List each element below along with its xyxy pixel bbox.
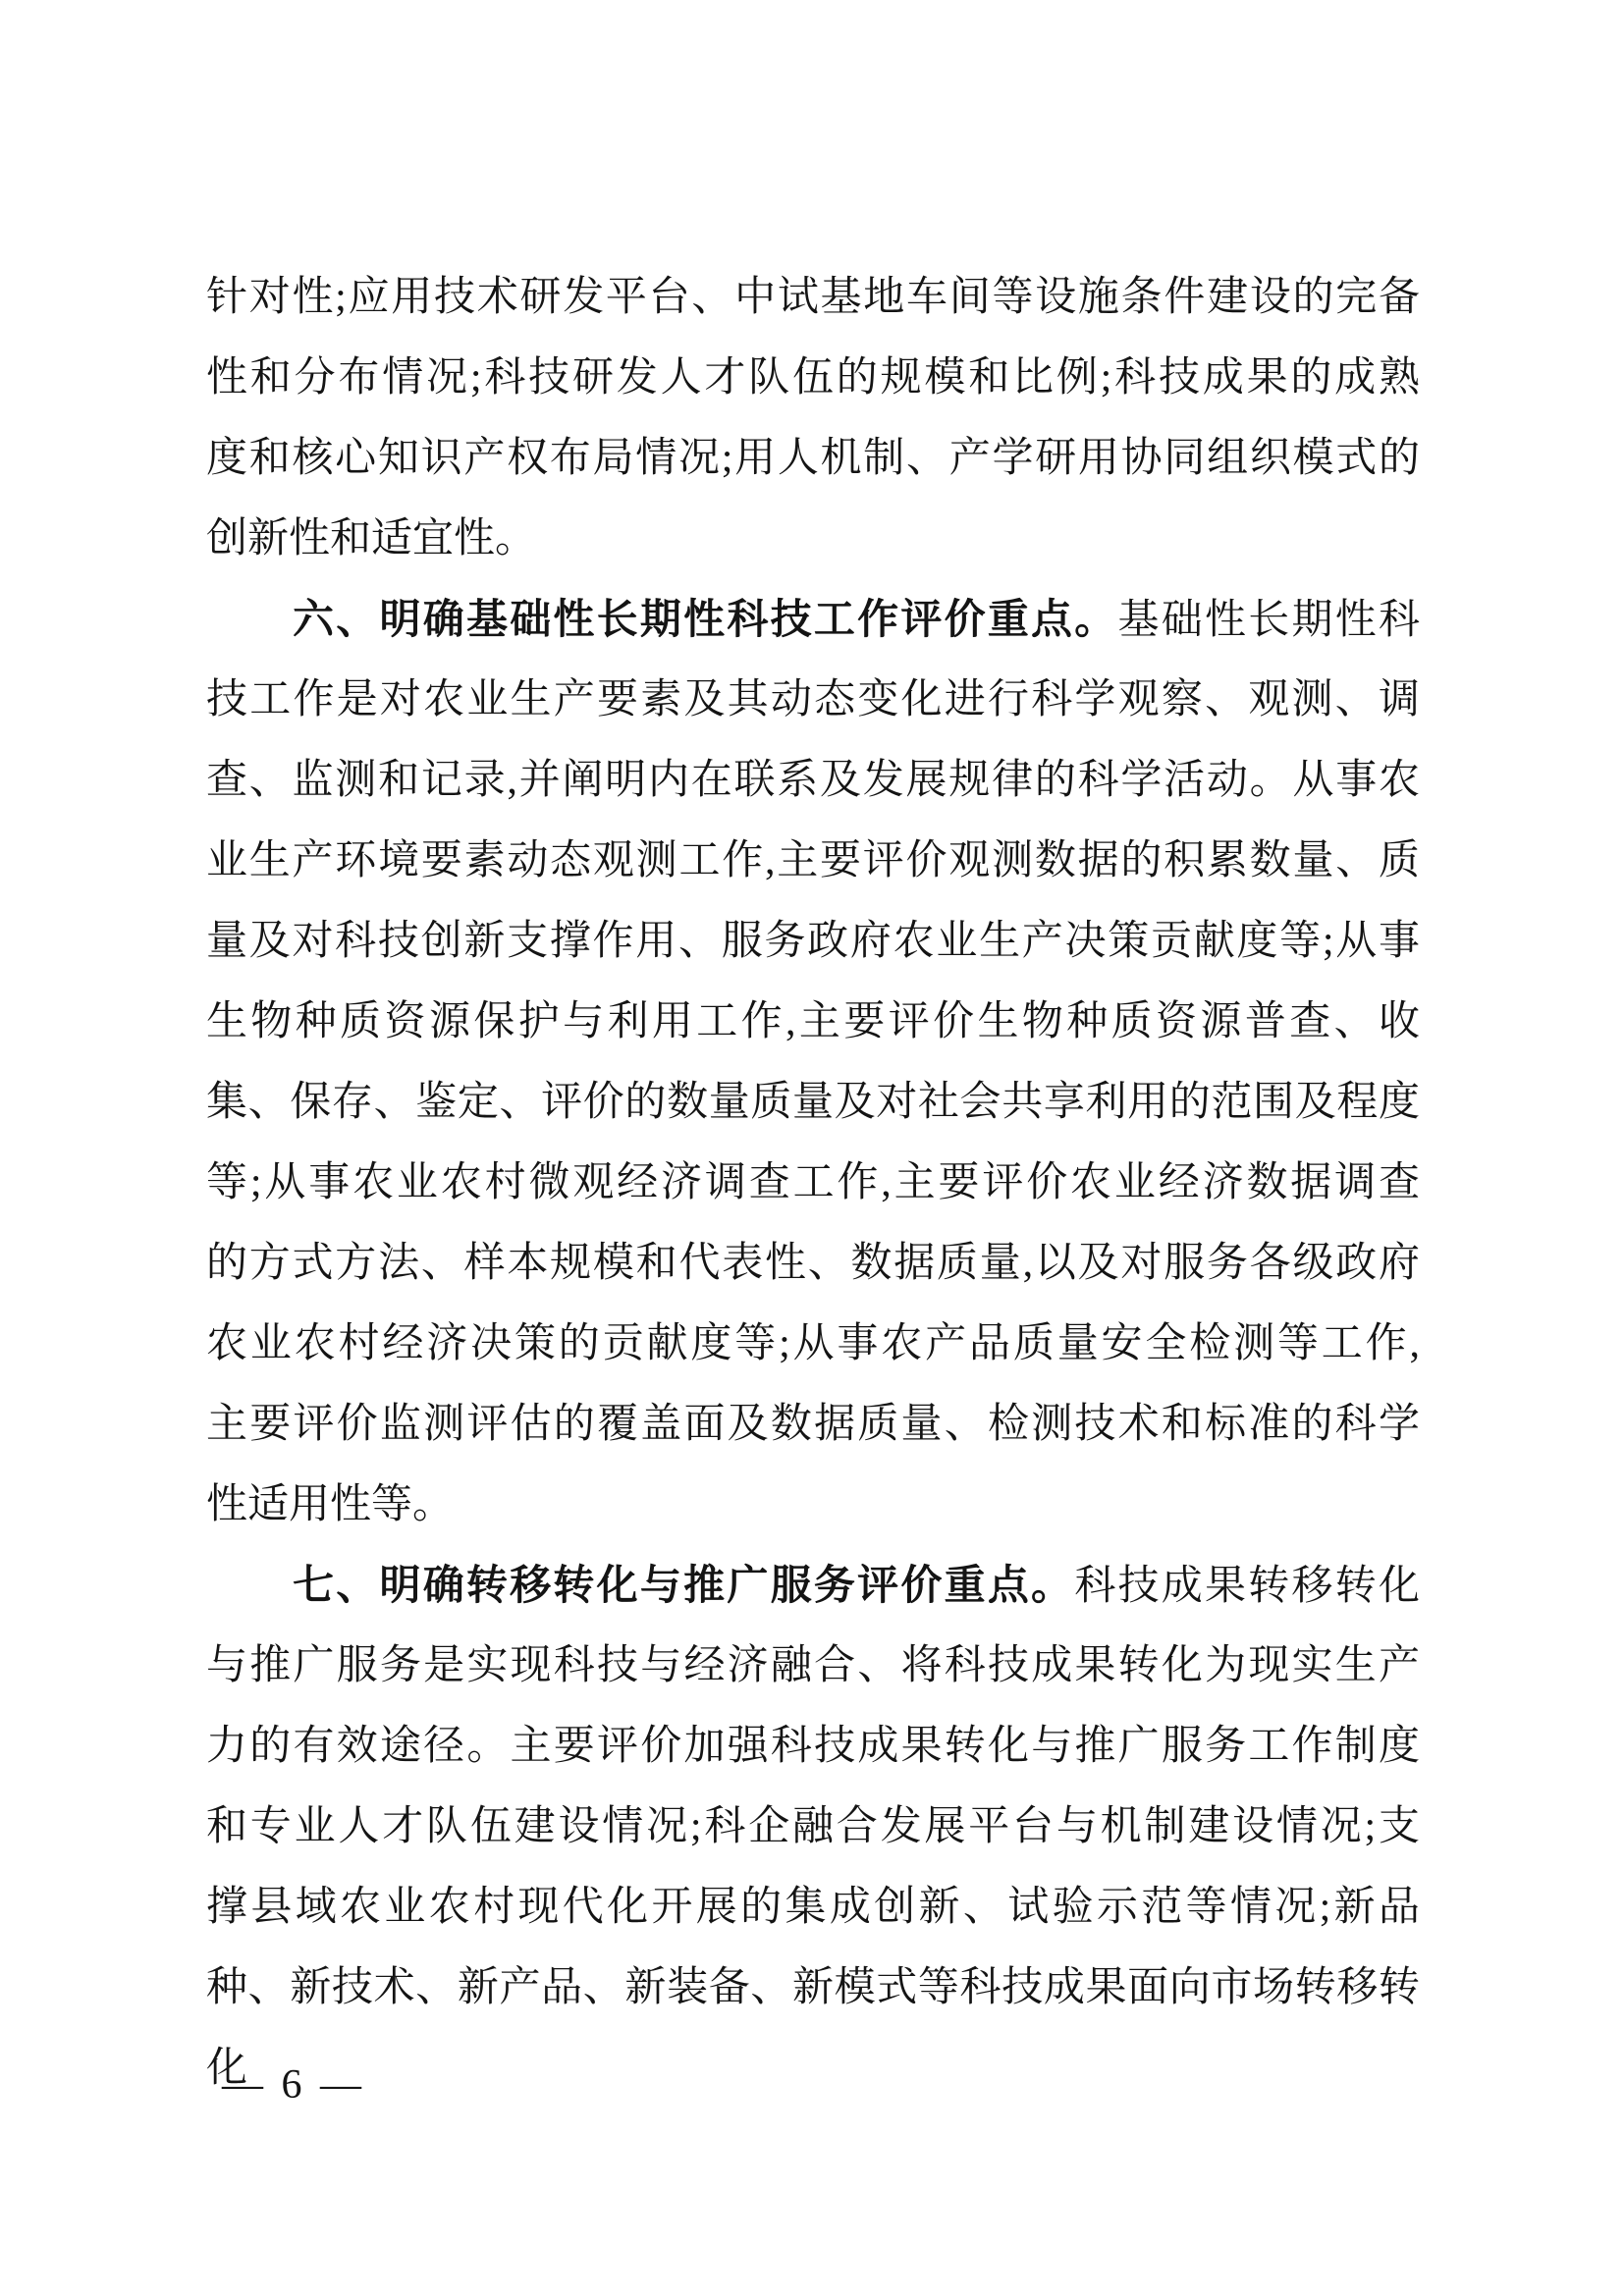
body-text-segment: 针对性;应用技术研发平台、中试基地车间等设施条件建设的完备 xyxy=(206,275,1420,320)
text-line: 创新性和适宜性。 xyxy=(206,499,1420,579)
body-text-segment: 查、监测和记录,并阐明内在联系及发展规律的科学活动。从事农 xyxy=(206,758,1420,803)
text-line: 等;从事农业农村微观经济调查工作,主要评价农业经济数据调查 xyxy=(206,1143,1420,1223)
body-text-segment: 和专业人才队伍建设情况;科企融合发展平台与机制建设情况;支 xyxy=(206,1804,1420,1849)
body-text-segment: 等;从事农业农村微观经济调查工作,主要评价农业经济数据调查 xyxy=(206,1160,1420,1205)
text-line: 业生产环境要素动态观测工作,主要评价观测数据的积累数量、质 xyxy=(206,821,1420,901)
document-body: 针对性;应用技术研发平台、中试基地车间等设施条件建设的完备性和分布情况;科技研发… xyxy=(206,257,1420,2028)
text-line: 六、明确基础性长期性科技工作评价重点。基础性长期性科 xyxy=(206,579,1420,660)
text-line: 量及对科技创新支撑作用、服务政府农业生产决策贡献度等;从事 xyxy=(206,901,1420,982)
body-text-segment: 种、新技术、新产品、新装备、新模式等科技成果面向市场转移转化 xyxy=(206,1965,1420,2091)
text-line: 七、明确转移转化与推广服务评价重点。科技成果转移转化 xyxy=(206,1545,1420,1626)
document-page: 针对性;应用技术研发平台、中试基地车间等设施条件建设的完备性和分布情况;科技研发… xyxy=(0,0,1624,2296)
body-text-segment: 撑县域农业农村现代化开展的集成创新、试验示范等情况;新品 xyxy=(206,1885,1420,1930)
body-text-segment: 科技成果转移转化 xyxy=(1074,1564,1420,1609)
section-heading: 六、明确基础性长期性科技工作评价重点。 xyxy=(293,596,1118,642)
text-line: 性和分布情况;科技研发人才队伍的规模和比例;科技成果的成熟 xyxy=(206,338,1420,418)
text-line: 种、新技术、新产品、新装备、新模式等科技成果面向市场转移转化 xyxy=(206,1948,1420,2028)
body-text-segment: 技工作是对农业生产要素及其动态变化进行科学观察、观测、调 xyxy=(206,677,1420,722)
text-line: 和专业人才队伍建设情况;科企融合发展平台与机制建设情况;支 xyxy=(206,1787,1420,1867)
text-line: 力的有效途径。主要评价加强科技成果转化与推广服务工作制度 xyxy=(206,1706,1420,1787)
body-text-segment: 力的有效途径。主要评价加强科技成果转化与推广服务工作制度 xyxy=(206,1724,1420,1769)
body-text-segment: 生物种质资源保护与利用工作,主要评价生物种质资源普查、收 xyxy=(206,999,1420,1044)
text-line: 针对性;应用技术研发平台、中试基地车间等设施条件建设的完备 xyxy=(206,257,1420,338)
section-heading: 七、明确转移转化与推广服务评价重点。 xyxy=(293,1562,1074,1608)
body-text-segment: 性和分布情况;科技研发人才队伍的规模和比例;科技成果的成熟 xyxy=(206,355,1420,400)
body-text-segment: 业生产环境要素动态观测工作,主要评价观测数据的积累数量、质 xyxy=(206,838,1420,883)
text-line: 与推广服务是实现科技与经济融合、将科技成果转化为现实生产 xyxy=(206,1626,1420,1706)
body-text-segment: 农业农村经济决策的贡献度等;从事农产品质量安全检测等工作, xyxy=(206,1321,1420,1366)
body-text-segment: 量及对科技创新支撑作用、服务政府农业生产决策贡献度等;从事 xyxy=(206,919,1420,964)
body-text-segment: 的方式方法、样本规模和代表性、数据质量,以及对服务各级政府 xyxy=(206,1241,1420,1286)
text-line: 技工作是对农业生产要素及其动态变化进行科学观察、观测、调 xyxy=(206,660,1420,740)
text-line: 度和核心知识产权布局情况;用人机制、产学研用协同组织模式的 xyxy=(206,418,1420,499)
body-text-segment: 性适用性等。 xyxy=(206,1482,454,1527)
body-text-segment: 基础性长期性科 xyxy=(1118,598,1420,643)
text-line: 查、监测和记录,并阐明内在联系及发展规律的科学活动。从事农 xyxy=(206,740,1420,821)
text-line: 生物种质资源保护与利用工作,主要评价生物种质资源普查、收 xyxy=(206,982,1420,1062)
body-text-segment: 与推广服务是实现科技与经济融合、将科技成果转化为现实生产 xyxy=(206,1643,1420,1688)
text-line: 主要评价监测评估的覆盖面及数据质量、检测技术和标准的科学 xyxy=(206,1384,1420,1465)
text-line: 性适用性等。 xyxy=(206,1465,1420,1545)
body-text-segment: 集、保存、鉴定、评价的数量质量及对社会共享利用的范围及程度 xyxy=(206,1080,1420,1125)
page-number: — 6 — xyxy=(222,2056,365,2114)
body-text-segment: 度和核心知识产权布局情况;用人机制、产学研用协同组织模式的 xyxy=(206,436,1420,481)
text-line: 农业农村经济决策的贡献度等;从事农产品质量安全检测等工作, xyxy=(206,1304,1420,1384)
text-line: 撑县域农业农村现代化开展的集成创新、试验示范等情况;新品 xyxy=(206,1867,1420,1948)
text-line: 集、保存、鉴定、评价的数量质量及对社会共享利用的范围及程度 xyxy=(206,1062,1420,1143)
body-text-segment: 主要评价监测评估的覆盖面及数据质量、检测技术和标准的科学 xyxy=(206,1402,1420,1447)
body-text-segment: 创新性和适宜性。 xyxy=(206,516,536,561)
text-line: 的方式方法、样本规模和代表性、数据质量,以及对服务各级政府 xyxy=(206,1223,1420,1304)
